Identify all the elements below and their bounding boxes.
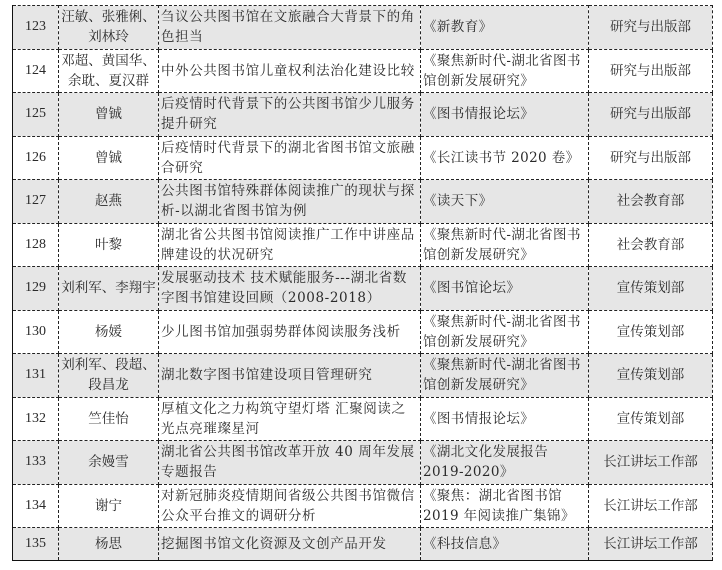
row-number: 130 bbox=[13, 310, 59, 354]
table-row: 129 刘利军、李翔宇 发展驱动技术 技术赋能服务---湖北省数字图书馆建设回顾… bbox=[13, 267, 713, 311]
title-cell: 湖北数字图书馆建设项目管理研究 bbox=[159, 354, 421, 398]
publication-cell: 《图书情报论坛》 bbox=[421, 93, 589, 137]
table-row: 127 赵燕 公共图书馆特殊群体阅读推广的现状与探析-以湖北省图书馆为例 《读天… bbox=[13, 180, 713, 224]
publication-cell: 《新教育》 bbox=[421, 6, 589, 50]
table-row: 126 曾铖 后疫情时代背景下的湖北省图书馆文旅融合研究 《长江读书节 2020… bbox=[13, 136, 713, 180]
row-number: 129 bbox=[13, 267, 59, 311]
table-row: 132 竺佳怡 厚植文化之力构筑守望灯塔 汇聚阅读之光点亮璀璨星河 《图书情报论… bbox=[13, 397, 713, 441]
title-cell: 后疫情时代背景下的公共图书馆少儿服务提升研究 bbox=[159, 93, 421, 137]
author-cell: 汪敏、张雅俐、刘林玲 bbox=[59, 6, 159, 50]
row-number: 135 bbox=[13, 528, 59, 561]
publication-cell: 《聚焦新时代-湖北省图书馆创新发展研究》 bbox=[421, 223, 589, 267]
publication-cell: 《读天下》 bbox=[421, 180, 589, 224]
publication-cell: 《聚焦新时代-湖北省图书馆创新发展研究》 bbox=[421, 310, 589, 354]
publication-cell: 《图书馆论坛》 bbox=[421, 267, 589, 311]
table-row: 124 邓超、黄国华、余耽、夏汉群 中外公共图书馆儿童权利法治化建设比较 《聚焦… bbox=[13, 49, 713, 93]
table-row: 125 曾铖 后疫情时代背景下的公共图书馆少儿服务提升研究 《图书情报论坛》 研… bbox=[13, 93, 713, 137]
table-row: 134 谢宁 对新冠肺炎疫情期间省级公共图书馆微信公众平台推文的调研分析 《聚焦… bbox=[13, 484, 713, 528]
title-cell: 湖北省公共图书馆阅读推广工作中讲座品牌建设的状况研究 bbox=[159, 223, 421, 267]
title-cell: 中外公共图书馆儿童权利法治化建设比较 bbox=[159, 49, 421, 93]
row-number: 126 bbox=[13, 136, 59, 180]
author-cell: 邓超、黄国华、余耽、夏汉群 bbox=[59, 49, 159, 93]
table-row: 133 余嫚雪 湖北省公共图书馆改革开放 40 周年发展专题报告 《湖北文化发展… bbox=[13, 441, 713, 485]
row-number: 128 bbox=[13, 223, 59, 267]
publications-table: 123 汪敏、张雅俐、刘林玲 刍议公共图书馆在文旅融合大背景下的角色担当 《新教… bbox=[12, 5, 713, 561]
department-cell: 社会教育部 bbox=[589, 223, 713, 267]
publication-cell: 《科技信息》 bbox=[421, 528, 589, 561]
row-number: 133 bbox=[13, 441, 59, 485]
publication-cell: 《湖北文化发展报告 2019-2020》 bbox=[421, 441, 589, 485]
publication-cell: 《聚焦新时代-湖北省图书馆创新发展研究》 bbox=[421, 49, 589, 93]
table-row: 123 汪敏、张雅俐、刘林玲 刍议公共图书馆在文旅融合大背景下的角色担当 《新教… bbox=[13, 6, 713, 50]
department-cell: 长江讲坛工作部 bbox=[589, 528, 713, 561]
publication-cell: 《图书情报论坛》 bbox=[421, 397, 589, 441]
table-row: 130 杨媛 少儿图书馆加强弱势群体阅读服务浅析 《聚焦新时代-湖北省图书馆创新… bbox=[13, 310, 713, 354]
author-cell: 赵燕 bbox=[59, 180, 159, 224]
row-number: 132 bbox=[13, 397, 59, 441]
department-cell: 研究与出版部 bbox=[589, 93, 713, 137]
author-cell: 曾铖 bbox=[59, 136, 159, 180]
row-number: 134 bbox=[13, 484, 59, 528]
title-cell: 厚植文化之力构筑守望灯塔 汇聚阅读之光点亮璀璨星河 bbox=[159, 397, 421, 441]
title-cell: 发展驱动技术 技术赋能服务---湖北省数字图书馆建设回顾（2008-2018） bbox=[159, 267, 421, 311]
department-cell: 宣传策划部 bbox=[589, 267, 713, 311]
author-cell: 余嫚雪 bbox=[59, 441, 159, 485]
table-row: 135 杨思 挖掘图书馆文化资源及文创产品开发 《科技信息》 长江讲坛工作部 bbox=[13, 528, 713, 561]
title-cell: 刍议公共图书馆在文旅融合大背景下的角色担当 bbox=[159, 6, 421, 50]
title-cell: 公共图书馆特殊群体阅读推广的现状与探析-以湖北省图书馆为例 bbox=[159, 180, 421, 224]
row-number: 127 bbox=[13, 180, 59, 224]
table-body: 123 汪敏、张雅俐、刘林玲 刍议公共图书馆在文旅融合大背景下的角色担当 《新教… bbox=[13, 6, 713, 561]
title-cell: 对新冠肺炎疫情期间省级公共图书馆微信公众平台推文的调研分析 bbox=[159, 484, 421, 528]
author-cell: 曾铖 bbox=[59, 93, 159, 137]
author-cell: 杨思 bbox=[59, 528, 159, 561]
department-cell: 宣传策划部 bbox=[589, 354, 713, 398]
department-cell: 社会教育部 bbox=[589, 180, 713, 224]
department-cell: 研究与出版部 bbox=[589, 49, 713, 93]
row-number: 124 bbox=[13, 49, 59, 93]
title-cell: 挖掘图书馆文化资源及文创产品开发 bbox=[159, 528, 421, 561]
title-cell: 少儿图书馆加强弱势群体阅读服务浅析 bbox=[159, 310, 421, 354]
row-number: 131 bbox=[13, 354, 59, 398]
author-cell: 谢宁 bbox=[59, 484, 159, 528]
department-cell: 长江讲坛工作部 bbox=[589, 484, 713, 528]
department-cell: 宣传策划部 bbox=[589, 397, 713, 441]
author-cell: 刘利军、段超、段昌龙 bbox=[59, 354, 159, 398]
title-cell: 后疫情时代背景下的湖北省图书馆文旅融合研究 bbox=[159, 136, 421, 180]
publication-cell: 《长江读书节 2020 卷》 bbox=[421, 136, 589, 180]
author-cell: 叶黎 bbox=[59, 223, 159, 267]
table-row: 128 叶黎 湖北省公共图书馆阅读推广工作中讲座品牌建设的状况研究 《聚焦新时代… bbox=[13, 223, 713, 267]
table-row: 131 刘利军、段超、段昌龙 湖北数字图书馆建设项目管理研究 《聚焦新时代-湖北… bbox=[13, 354, 713, 398]
title-cell: 湖北省公共图书馆改革开放 40 周年发展专题报告 bbox=[159, 441, 421, 485]
publication-cell: 《聚焦新时代-湖北省图书馆创新发展研究》 bbox=[421, 354, 589, 398]
author-cell: 刘利军、李翔宇 bbox=[59, 267, 159, 311]
department-cell: 长江讲坛工作部 bbox=[589, 441, 713, 485]
department-cell: 研究与出版部 bbox=[589, 6, 713, 50]
department-cell: 宣传策划部 bbox=[589, 310, 713, 354]
publication-cell: 《聚焦：湖北省图书馆 2019 年阅读推广集锦》 bbox=[421, 484, 589, 528]
row-number: 123 bbox=[13, 6, 59, 50]
department-cell: 研究与出版部 bbox=[589, 136, 713, 180]
author-cell: 杨媛 bbox=[59, 310, 159, 354]
author-cell: 竺佳怡 bbox=[59, 397, 159, 441]
row-number: 125 bbox=[13, 93, 59, 137]
